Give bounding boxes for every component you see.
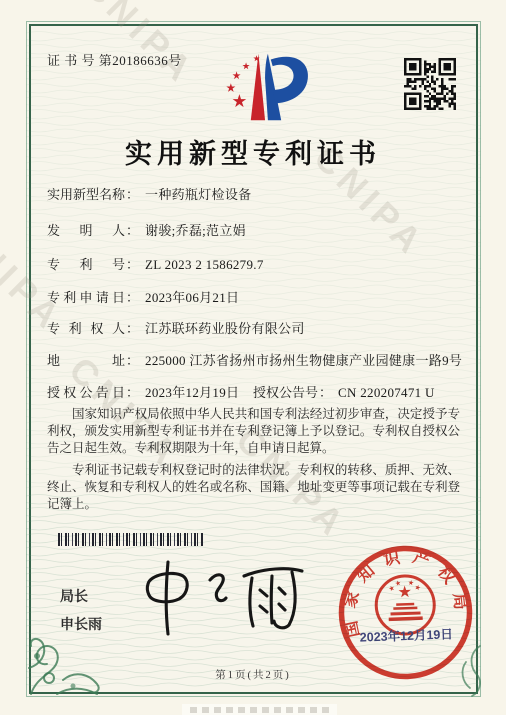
field-value: 2023年06月21日	[145, 287, 239, 306]
field-label: 发明人	[47, 220, 125, 239]
certificate-title: 实用新型专利证书	[0, 132, 506, 171]
field-row-address: 地址：225000 江苏省扬州市扬州生物健康产业园健康一路9号	[47, 350, 462, 369]
cnipa-logo	[216, 50, 316, 126]
field-colon: ：	[126, 220, 139, 239]
legal-paragraph: 专利证书记载专利权登记时的法律状况。专利权的转移、质押、无效、终止、恢复和专利权…	[47, 462, 460, 513]
field-row-name: 实用新型名称：一种药瓶灯检设备	[47, 184, 251, 203]
field-value: 谢骏;乔磊;范立娟	[145, 220, 246, 239]
field-colon: ：	[319, 382, 332, 401]
seal-date: 2023年12月19日	[360, 626, 454, 644]
field-row-grant: 授权公告日：2023年12月19日 授权公告号：CN 220207471 U	[47, 382, 470, 401]
field-label: 授权公告日	[47, 382, 125, 401]
field-label: 专利申请日	[47, 287, 125, 306]
field-value: 225000 江苏省扬州市扬州生物健康产业园健康一路9号	[145, 350, 462, 369]
field-label: 地址	[47, 350, 125, 369]
certificate-number: 证 书 号 第20186636号	[47, 50, 182, 69]
caption-text-blur	[190, 707, 329, 713]
field-colon: ：	[126, 382, 139, 401]
patent-certificate-page: CNIPA CNIPA CNIPA CNIPA CNIPA 证 书 号 第201…	[0, 0, 506, 715]
field-row-patentee: 专利权人：江苏联环药业股份有限公司	[47, 318, 305, 337]
scan-bottom-caption	[182, 704, 337, 715]
field-colon: ：	[126, 287, 139, 306]
field-value: CN 220207471 U	[338, 385, 435, 401]
field-label: 专利权人	[47, 318, 125, 337]
field-row-inventors: 发明人：谢骏;乔磊;范立娟	[47, 220, 246, 239]
field-colon: ：	[126, 318, 139, 337]
director-signature	[122, 550, 317, 645]
field-colon: ：	[126, 350, 139, 369]
field-label: 专利号	[47, 254, 125, 273]
qr-code	[404, 58, 456, 110]
field-value: 江苏联环药业股份有限公司	[145, 318, 305, 337]
field-value: 2023年12月19日	[145, 382, 239, 401]
field-value: 一种药瓶灯检设备	[145, 184, 251, 203]
field-value: ZL 2023 2 1586279.7	[145, 257, 264, 273]
field-row-filing-date: 专利申请日：2023年06月21日	[47, 287, 239, 306]
page-number: 第1页(共2页)	[0, 667, 506, 682]
barcode	[58, 533, 204, 546]
field-colon: ：	[126, 254, 139, 273]
field-row-patent-number: 专利号：ZL 2023 2 1586279.7	[47, 254, 264, 273]
legal-text-block: 国家知识产权局依照中华人民共和国专利法经过初步审查，决定授予专利权，颁发实用新型…	[47, 406, 460, 518]
national-emblem	[375, 575, 435, 635]
field-label: 授权公告号	[253, 385, 318, 400]
legal-paragraph: 国家知识产权局依照中华人民共和国专利法经过初步审查，决定授予专利权，颁发实用新型…	[47, 406, 460, 457]
field-label: 实用新型名称	[47, 184, 125, 203]
field-pair-grant-number: 授权公告号：CN 220207471 U	[253, 382, 435, 401]
field-colon: ：	[126, 184, 139, 203]
